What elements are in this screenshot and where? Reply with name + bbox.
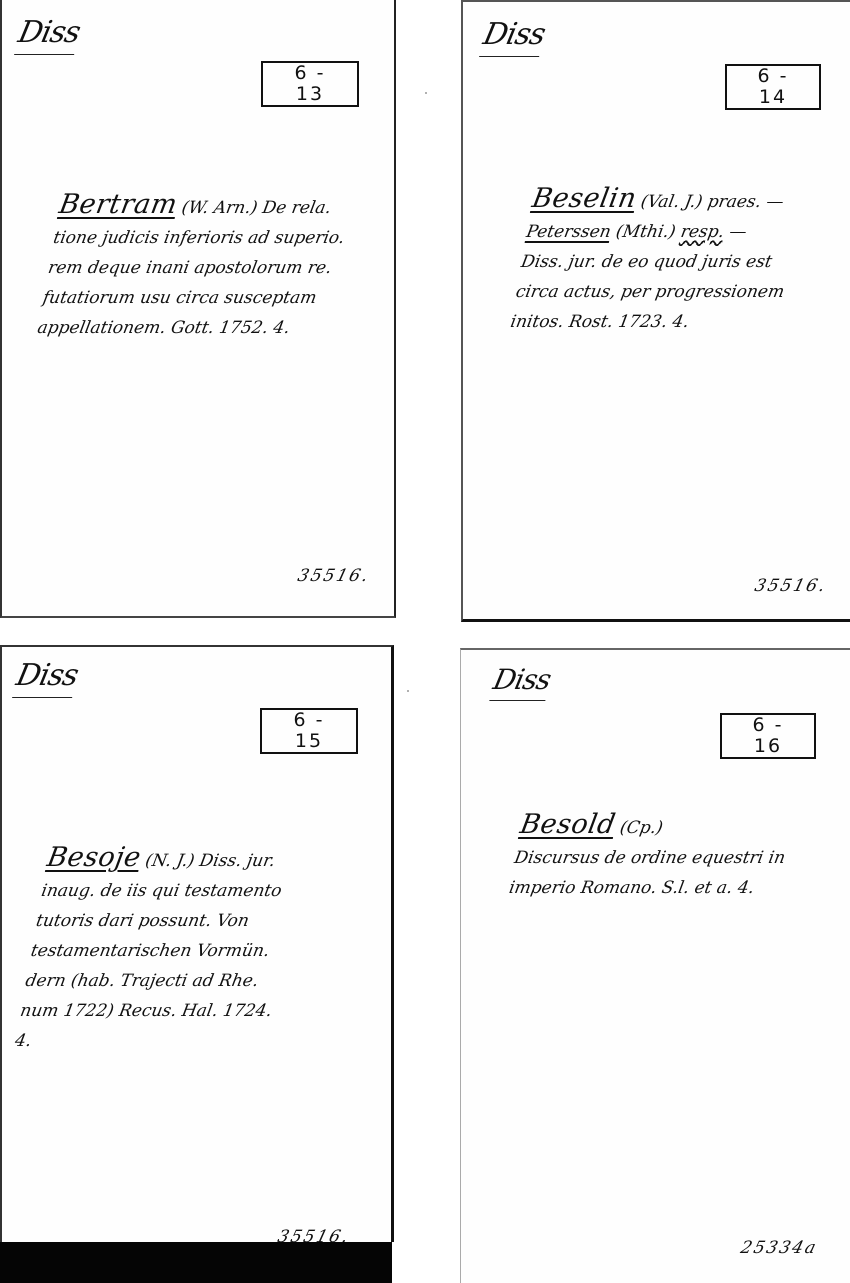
- category-label: Diss: [489, 666, 553, 701]
- accession-number: 35516.: [296, 566, 372, 586]
- catalogue-card-6-15: Diss 6 - 15 Besoje (N. J.) Diss. jur. in…: [0, 645, 394, 1242]
- entry-line-3: imperio Romano. S.l. et a. 4.: [507, 873, 783, 903]
- entry-line-3: tutoris dari possunt. Von: [34, 906, 291, 936]
- entry-text: —: [722, 222, 748, 242]
- author-name: Beselin: [530, 183, 639, 214]
- catalogue-card-6-14: Diss 6 - 14 Beselin (Val. J.) praes. — P…: [461, 0, 850, 622]
- author-name: Bertram: [57, 189, 180, 220]
- entry-line-6: num 1722) Recus. Hal. 1724.: [18, 996, 275, 1026]
- entry-line-2: inaug. de iis qui testamento: [39, 876, 296, 906]
- entry-line-5: initos. Rost. 1723. 4.: [508, 307, 781, 337]
- accession-number: 25334a: [739, 1238, 820, 1258]
- entry-line-1: Besoje (N. J.) Diss. jur.: [44, 843, 301, 876]
- entry-line-4: circa actus, per progressionem: [513, 277, 786, 307]
- entry-line-4: futatiorum usu circa susceptam: [40, 283, 336, 313]
- entry-line-1: Besold (Cp.): [517, 810, 793, 843]
- accession-number: 35516.: [753, 576, 829, 596]
- entry-line-1: Beselin (Val. J.) praes. —: [529, 184, 803, 217]
- scan-edge-shadow: [0, 1242, 392, 1283]
- catalogue-entry: Bertram (W. Arn.) De rela. tione judicis…: [35, 190, 353, 343]
- author-name: Besoje: [45, 842, 144, 873]
- shelf-mark: 6 - 15: [260, 708, 358, 754]
- entry-text: (Mthi.): [609, 222, 683, 242]
- shelf-mark: 6 - 16: [720, 713, 816, 759]
- entry-line-1: Bertram (W. Arn.) De rela.: [56, 190, 353, 223]
- catalogue-card-6-16: Diss 6 - 16 Besold (Cp.) Discursus de or…: [460, 648, 850, 1283]
- entry-line-5: dern (hab. Trajecti ad Rhe.: [23, 966, 280, 996]
- category-label: Diss: [479, 20, 547, 57]
- entry-line-2: tione judicis inferioris ad superio.: [51, 223, 347, 253]
- entry-text: (N. J.) Diss. jur.: [138, 851, 276, 871]
- entry-text: (W. Arn.) De rela.: [175, 198, 333, 218]
- entry-line-7: 4.: [12, 1026, 269, 1056]
- entry-line-4: testamentarischen Vormün.: [28, 936, 285, 966]
- scanned-catalogue-page: Diss 6 - 13 Bertram (W. Arn.) De rela. t…: [0, 0, 850, 1283]
- scan-speck: [425, 92, 427, 94]
- scan-speck: [407, 690, 409, 692]
- entry-line-5: appellationem. Gott. 1752. 4.: [35, 313, 331, 343]
- category-label: Diss: [14, 18, 82, 55]
- catalogue-entry: Besold (Cp.) Discursus de ordine equestr…: [507, 810, 794, 903]
- respondent-name: Peterssen: [525, 222, 613, 242]
- author-name: Besold: [518, 809, 618, 840]
- entry-text: (Val. J.) praes. —: [634, 192, 785, 212]
- category-label: Diss: [12, 661, 80, 698]
- entry-text: (Cp.): [613, 818, 664, 838]
- shelf-mark: 6 - 14: [725, 64, 821, 110]
- resp-label: resp.: [679, 222, 726, 242]
- catalogue-card-6-13: Diss 6 - 13 Bertram (W. Arn.) De rela. t…: [0, 0, 396, 618]
- entry-line-3: Diss. jur. de eo quod juris est: [519, 247, 792, 277]
- entry-line-3: rem deque inani apostolorum re.: [46, 253, 342, 283]
- catalogue-entry: Beselin (Val. J.) praes. — Peterssen (Mt…: [508, 184, 803, 337]
- entry-line-2: Peterssen (Mthi.) resp. —: [524, 217, 797, 247]
- catalogue-entry: Besoje (N. J.) Diss. jur. inaug. de iis …: [12, 843, 301, 1056]
- shelf-mark: 6 - 13: [261, 61, 359, 107]
- entry-line-2: Discursus de ordine equestri in: [512, 843, 788, 873]
